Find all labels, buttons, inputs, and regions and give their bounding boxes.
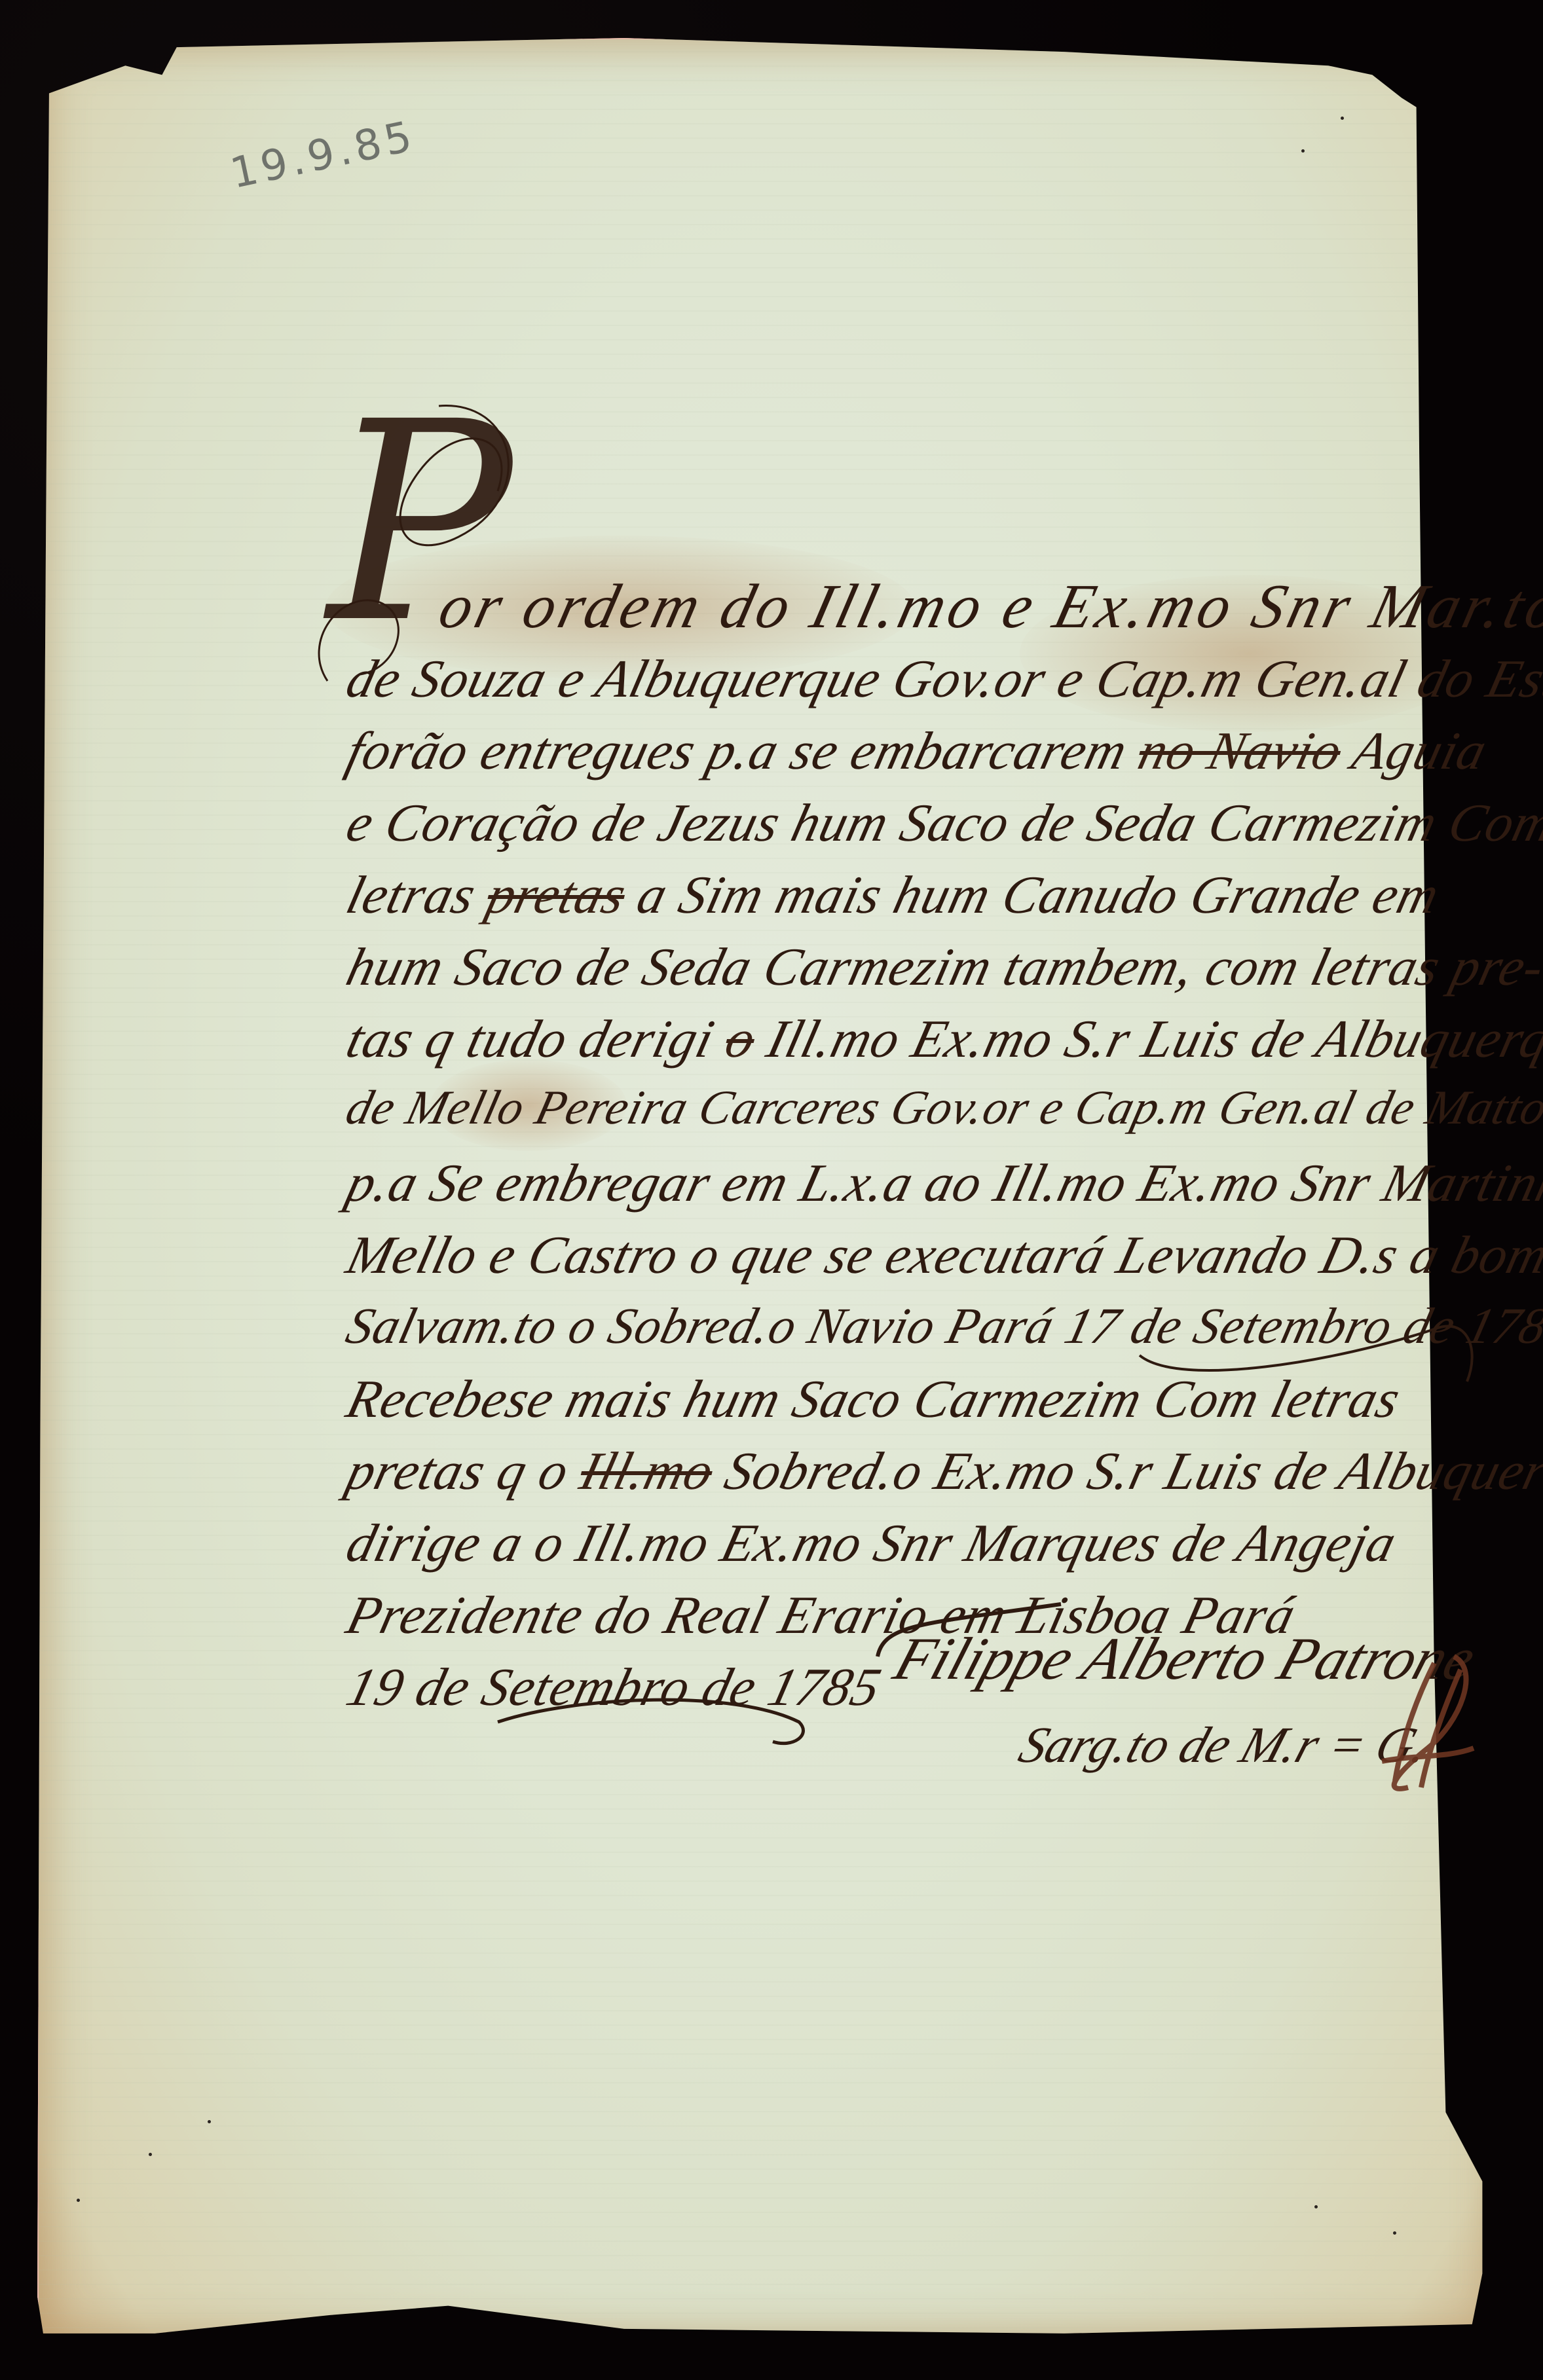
text-line-7: tas q tudo derigi o Ill.mo Ex.mo S.r Lui… (341, 1008, 1543, 1070)
struck-text: pretas (481, 865, 633, 925)
struck-text: o (720, 1009, 762, 1069)
line-13-tail: Sobred.o Ex.mo S.r Luis de Albuquerq.e (719, 1441, 1543, 1501)
text-line-12: Recebese mais hum Saco Carmezim Com letr… (341, 1368, 1407, 1430)
line-3-tail: Aguia (1347, 721, 1493, 780)
text-line-8: de Mello Pereira Carceres Gov.or e Cap.m… (341, 1080, 1543, 1136)
struck-text: no Navio (1133, 721, 1348, 780)
text-line-3: forão entregues p.a se embarcarem no Nav… (341, 720, 1493, 782)
text-line-14: dirige a o Ill.mo Ex.mo Snr Marques de A… (341, 1512, 1403, 1574)
paper-speck (149, 2153, 152, 2156)
text-line-2: de Souza e Albuquerque Gov.or e Cap.m Ge… (341, 648, 1543, 710)
rubric-icon (1356, 1643, 1487, 1801)
line-5-text: letras (341, 865, 481, 925)
line-7-tail: Ill.mo Ex.mo S.r Luis de Albuquerque (761, 1009, 1543, 1069)
text-line-1: or ordem do Ill.mo e Ex.mo Snr Mar.to (432, 570, 1543, 642)
paper-speck (1301, 149, 1305, 153)
paper-speck (1393, 2231, 1396, 2235)
line-5-tail: a Sim mais hum Canudo Grande em (631, 865, 1445, 925)
signature-block: Filippe Alberto Patrone Sarg.to de M.r =… (871, 1598, 1500, 1814)
line-3-text: forão entregues p.a se embarcarem (341, 721, 1133, 780)
text-line-9: p.a Se embregar em L.x.a ao Ill.mo Ex.mo… (341, 1152, 1543, 1214)
text-line-13: pretas q o Ill.mo Sobred.o Ex.mo S.r Lui… (341, 1440, 1543, 1502)
paper-speck (1314, 2205, 1318, 2208)
struck-text: Ill.mo (574, 1441, 720, 1501)
paper-speck (208, 2120, 211, 2123)
text-line-6: hum Saco de Seda Carmezim tambem, com le… (341, 936, 1543, 998)
text-line-11: Salvam.to o Sobred.o Navio Pará 17 de Se… (341, 1296, 1543, 1355)
paper-speck (1341, 117, 1344, 120)
line-7-text: tas q tudo derigi (341, 1009, 720, 1069)
text-line-16: 19 de Setembro de 1785 (341, 1657, 887, 1718)
line-13-text: pretas q o (341, 1441, 575, 1501)
text-line-4: e Coração de Jezus hum Saco de Seda Carm… (341, 792, 1543, 854)
paper-speck (77, 2199, 80, 2202)
text-line-10: Mello e Castro o que se executará Levand… (341, 1224, 1543, 1286)
text-line-5: letras pretas a Sim mais hum Canudo Gran… (341, 864, 1445, 926)
